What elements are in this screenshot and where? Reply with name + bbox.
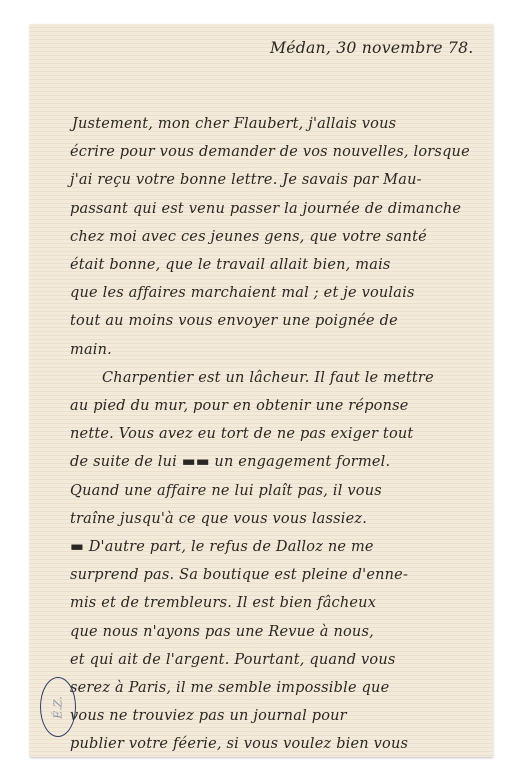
letter-line: traîne jusqu'à ce que vous vous lassiez. (70, 511, 367, 527)
letter-line: Justement, mon cher Flaubert, j'allais v… (72, 116, 396, 132)
letter-line: passant qui est venu passer la journée d… (70, 201, 461, 217)
letter-line: tout au moins vous envoyer une poignée d… (70, 313, 398, 329)
letter-line: nette. Vous avez eu tort de ne pas exige… (70, 426, 413, 442)
stamp-initials: É.Z. (51, 696, 64, 718)
letter-line: et qui ait de l'argent. Pourtant, quand … (70, 652, 396, 668)
letter-line: chez moi avec ces jeunes gens, que votre… (70, 229, 427, 245)
letter-line: au pied du mur, pour en obtenir une répo… (70, 398, 409, 414)
letter-line: ▬ D'autre part, le refus de Dalloz ne me (70, 539, 374, 555)
letter-line: Charpentier est un lâcheur. Il faut le m… (102, 370, 434, 386)
letter-page: Médan, 30 novembre 78. Justement, mon ch… (30, 24, 493, 757)
letter-line: j'ai reçu votre bonne lettre. Je savais … (70, 172, 422, 188)
letter-line: Quand une affaire ne lui plaît pas, il v… (70, 483, 382, 499)
letter-line: surprend pas. Sa boutique est pleine d'e… (70, 567, 408, 583)
letter-line: mis et de trembleurs. Il est bien fâcheu… (70, 595, 376, 611)
letter-line: vous ne trouviez pas un journal pour (70, 708, 347, 724)
letter-line: publier votre féerie, si vous voulez bie… (70, 736, 408, 752)
place-date: Médan, 30 novembre 78. (270, 38, 473, 57)
letter-line: main. (70, 342, 112, 358)
collector-stamp: É.Z. (40, 677, 76, 737)
letter-line: était bonne, que le travail allait bien,… (70, 257, 391, 273)
letter-line: écrire pour vous demander de vos nouvell… (70, 144, 470, 160)
letter-line: de suite de lui ▬▬ un engagement formel. (70, 454, 390, 470)
letter-line: que les affaires marchaient mal ; et je … (70, 285, 415, 301)
letter-line: serez à Paris, il me semble impossible q… (70, 680, 389, 696)
letter-line: que nous n'ayons pas une Revue à nous, (70, 624, 374, 640)
